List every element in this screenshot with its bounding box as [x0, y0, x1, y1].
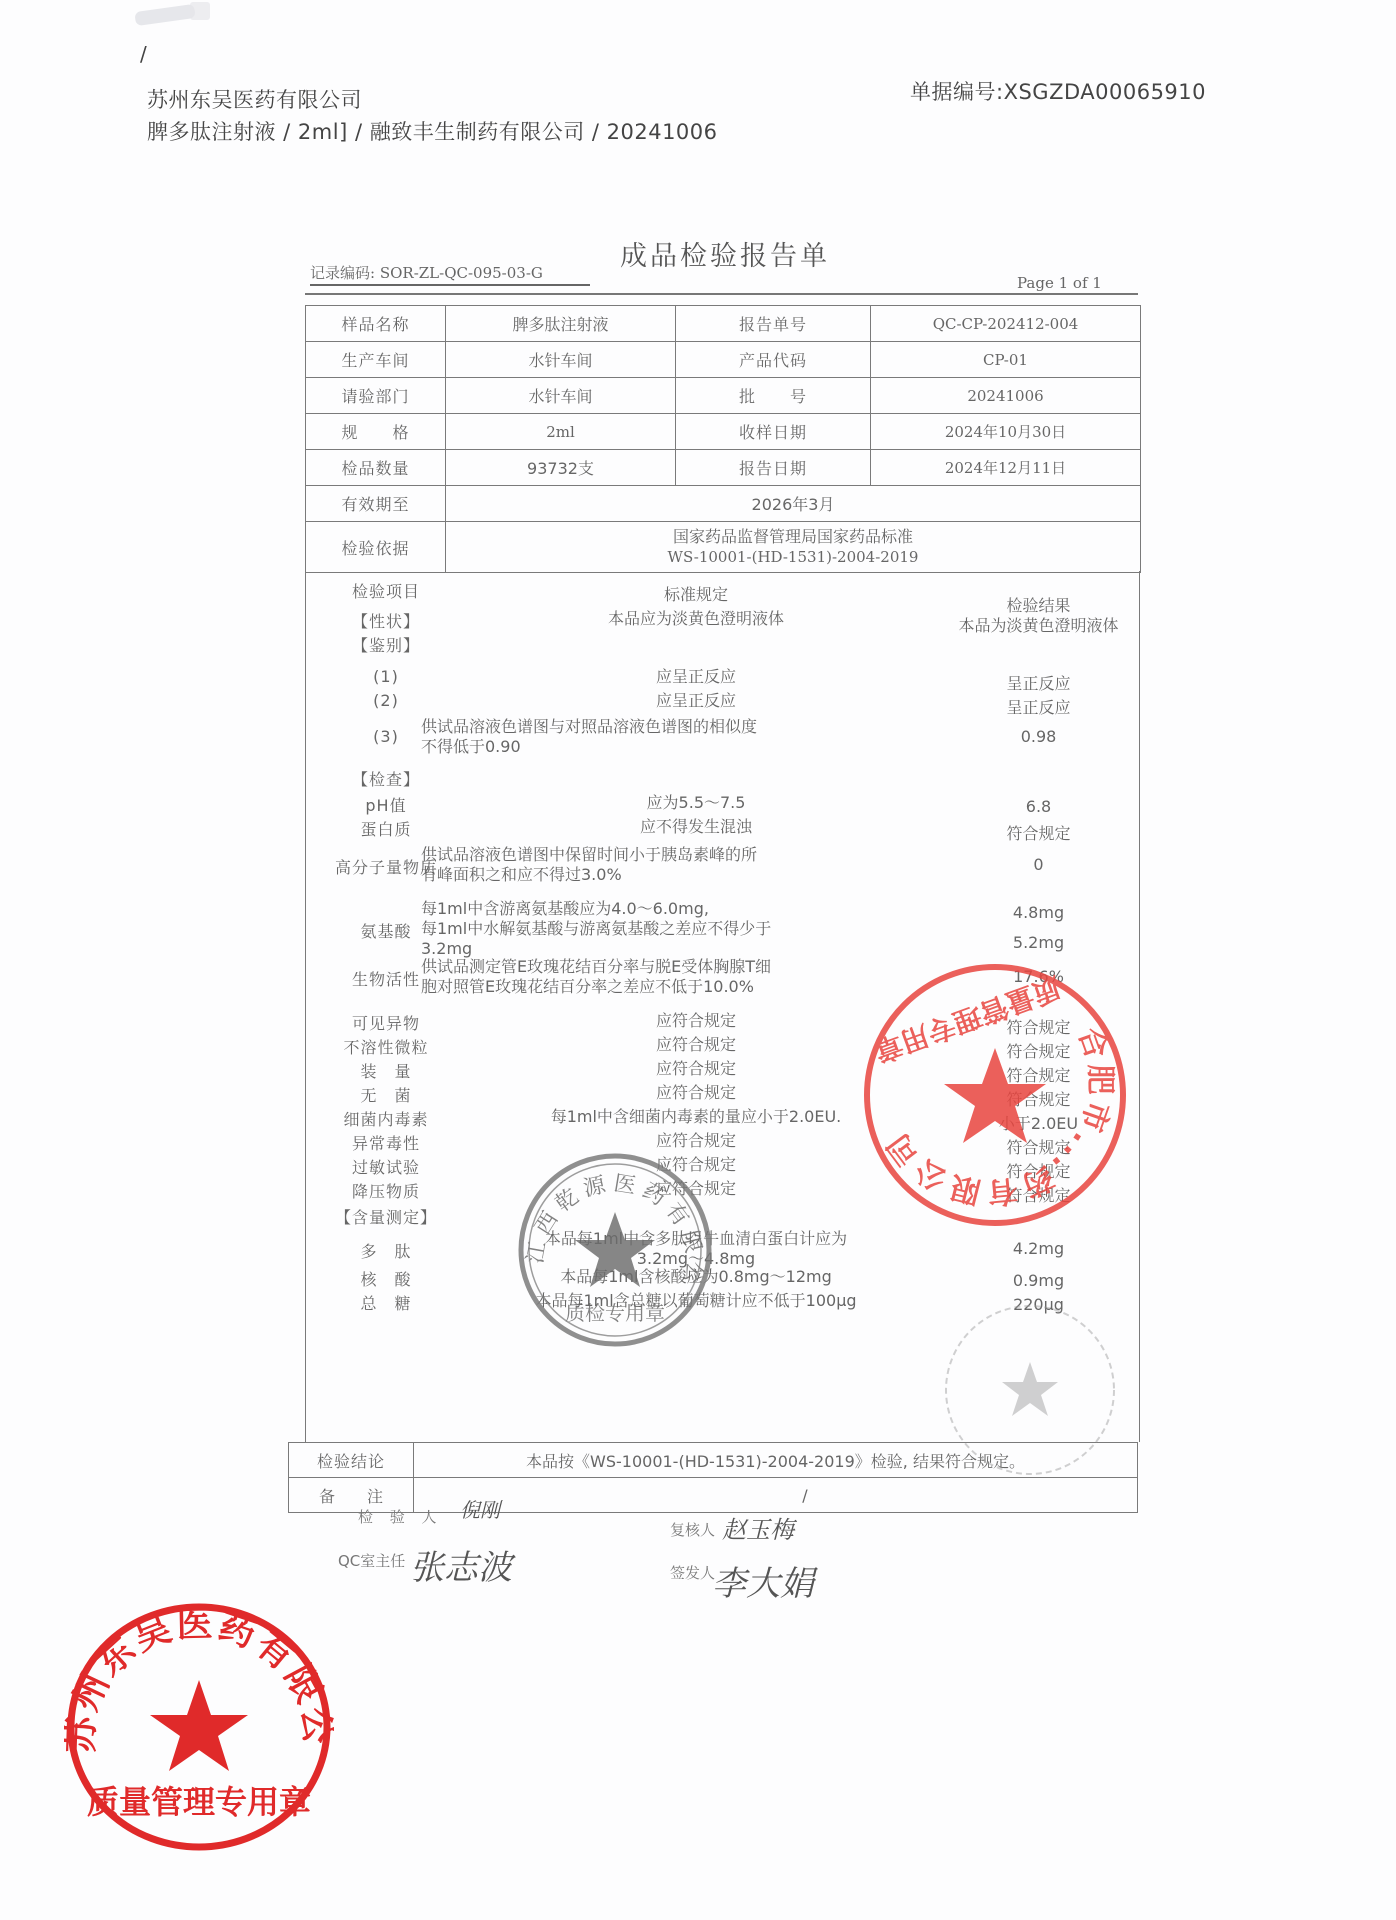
basis-line-2: WS-10001-(HD-1531)-2004-2019 [450, 547, 1136, 567]
expiry-row: 有效期至 2026年3月 [306, 486, 1141, 522]
info-value: 脾多肽注射液 [446, 306, 676, 342]
test-standard: 应呈正反应 [466, 691, 926, 711]
info-value: 2024年12月11日 [871, 450, 1141, 486]
test-item: 核 酸 [306, 1267, 466, 1290]
test-item: (1) [306, 667, 466, 686]
basis-row: 检验依据 国家药品监督管理局国家药品标准 WS-10001-(HD-1531)-… [306, 522, 1141, 573]
test-result-secondary: 5.2mg [936, 933, 1141, 952]
info-label: 请验部门 [306, 378, 446, 414]
info-label: 收样日期 [676, 414, 871, 450]
slash-mark: / [140, 42, 147, 66]
gray-qc-stamp: 江西乾源医药有限公司 质检专用章 [515, 1150, 715, 1350]
test-item: 不溶性微粒 [306, 1035, 466, 1058]
basis-value: 国家药品监督管理局国家药品标准 WS-10001-(HD-1531)-2004-… [446, 522, 1141, 573]
test-standard: 每1ml中含细菌内毒素的量应小于2.0EU. [466, 1107, 926, 1127]
doc-number-label: 单据编号: [910, 80, 1004, 104]
test-result: 4.2mg [936, 1239, 1141, 1258]
approver-label: 签发人 [670, 1562, 715, 1583]
faint-gray-stamp [940, 1300, 1120, 1480]
info-label: 报告日期 [676, 450, 871, 486]
info-row: 检品数量93732支报告日期2024年12月11日 [306, 450, 1141, 486]
test-standard: 应符合规定 [466, 1083, 926, 1103]
test-standard: 本品应为淡黄色澄明液体 [466, 609, 926, 629]
gray-stamp-bottom-text: 质检专用章 [565, 1301, 665, 1325]
info-value: 水针车间 [446, 378, 676, 414]
doc-number-value: XSGZDA00065910 [1004, 80, 1206, 104]
test-item: 【检查】 [306, 767, 466, 790]
info-value: 2ml [446, 414, 676, 450]
info-label: 报告单号 [676, 306, 871, 342]
test-standard: 供试品测定管E玫瑰花结百分率与脱E受体胸腺T细 胞对照管E玫瑰花结百分率之差应不… [421, 957, 881, 997]
test-item: 异常毒性 [306, 1131, 466, 1154]
info-value: 93732支 [446, 450, 676, 486]
info-value: 20241006 [871, 378, 1141, 414]
test-item: 过敏试验 [306, 1155, 466, 1178]
info-value: 水针车间 [446, 342, 676, 378]
test-standard: 应符合规定 [466, 1131, 926, 1151]
test-result: 6.8 [936, 797, 1141, 816]
report-title: 成品检验报告单 [620, 234, 830, 273]
inspector-signature: 倪刚 [460, 1494, 500, 1523]
expiry-label: 有效期至 [306, 486, 446, 522]
test-standard: 应符合规定 [466, 1011, 926, 1031]
info-label: 规 格 [306, 414, 446, 450]
test-item: pH值 [306, 793, 466, 816]
info-value: QC-CP-202412-004 [871, 306, 1141, 342]
info-value: 2024年10月30日 [871, 414, 1141, 450]
test-item: 总 糖 [306, 1291, 466, 1314]
info-row: 生产车间水针车间产品代码CP-01 [306, 342, 1141, 378]
test-item: 【性状】 [306, 609, 466, 632]
inspector-label: 检 验 人 [358, 1506, 443, 1527]
test-item: 装 量 [306, 1059, 466, 1082]
test-standard: 每1ml中含游离氨基酸应为4.0～6.0mg, 每1ml中水解氨基酸与游离氨基酸… [421, 899, 881, 959]
test-standard: 供试品溶液色谱图中保留时间小于胰岛素峰的所 有峰面积之和应不得过3.0% [421, 845, 881, 885]
red-stamp-bottom-text: 质量管理专用章 [870, 970, 1065, 1068]
test-result: 呈正反应 [936, 695, 1141, 718]
divider [305, 293, 1138, 295]
col-header-item: 检验项目 [306, 579, 466, 602]
test-result: 本品为淡黄色澄明液体 [936, 613, 1141, 636]
test-result: 0.98 [936, 727, 1141, 746]
test-standard: 供试品溶液色谱图与对照品溶液色谱图的相似度 不得低于0.90 [421, 717, 881, 757]
test-result: 呈正反应 [936, 671, 1141, 694]
qc-director-signature: 张志波 [410, 1540, 512, 1589]
reviewer-label: 复核人 [670, 1519, 715, 1540]
test-result: 4.8mg [936, 903, 1141, 922]
test-standard: 应符合规定 [466, 1035, 926, 1055]
test-standard: 应符合规定 [466, 1059, 926, 1079]
test-item: 多 肽 [306, 1239, 466, 1262]
page-number: Page 1 of 1 [1017, 274, 1102, 292]
test-item: 【鉴别】 [306, 633, 466, 656]
info-label: 产品代码 [676, 342, 871, 378]
test-item: 【含量测定】 [306, 1205, 466, 1228]
info-row: 请验部门水针车间批 号20241006 [306, 378, 1141, 414]
expiry-value: 2026年3月 [446, 486, 1141, 522]
test-item: (2) [306, 691, 466, 710]
test-standard: 应为5.5～7.5 [466, 793, 926, 813]
red-stamp-right: 合肥市...药有限公司 质量管理专用章 [860, 960, 1130, 1230]
approver-signature: 李大娟 [712, 1556, 814, 1605]
test-item: 细菌内毒素 [306, 1107, 466, 1130]
scan-artifact [134, 4, 195, 26]
test-result: 符合规定 [936, 821, 1141, 844]
qc-director-label: QC室主任 [338, 1550, 405, 1571]
test-item: 无 菌 [306, 1083, 466, 1106]
info-label: 生产车间 [306, 342, 446, 378]
test-result: 0.9mg [936, 1271, 1141, 1290]
doc-number: 单据编号:XSGZDA00065910 [910, 76, 1206, 106]
bl-stamp-bottom-text: 质量管理专用章 [87, 1783, 311, 1821]
test-item: 蛋白质 [306, 817, 466, 840]
conclusion-label: 检验结论 [289, 1443, 414, 1478]
test-result: 0 [936, 855, 1141, 874]
col-header-standard: 标准规定 [466, 585, 926, 605]
record-code: 记录编码: SOR-ZL-QC-095-03-G [310, 262, 590, 286]
info-label: 样品名称 [306, 306, 446, 342]
company-name: 苏州东吴医药有限公司 [147, 84, 362, 114]
info-label: 检品数量 [306, 450, 446, 486]
scan-artifact [190, 2, 210, 20]
test-standard: 应不得发生混浊 [466, 817, 926, 837]
info-row: 规 格2ml收样日期2024年10月30日 [306, 414, 1141, 450]
basis-line-1: 国家药品监督管理局国家药品标准 [450, 527, 1136, 547]
test-item: 可见异物 [306, 1011, 466, 1034]
product-line: 脾多肽注射液 / 2ml] / 融致丰生制药有限公司 / 20241006 [147, 116, 718, 146]
remarks-value: / [414, 1478, 1138, 1513]
red-stamp-bottom-left: 苏州东吴医药有限公司 质量管理专用章 [64, 1600, 334, 1855]
test-standard: 应呈正反应 [466, 667, 926, 687]
info-table: 样品名称脾多肽注射液报告单号QC-CP-202412-004生产车间水针车间产品… [305, 305, 1141, 573]
info-row: 样品名称脾多肽注射液报告单号QC-CP-202412-004 [306, 306, 1141, 342]
info-value: CP-01 [871, 342, 1141, 378]
info-label: 批 号 [676, 378, 871, 414]
test-item: 降压物质 [306, 1179, 466, 1202]
reviewer-signature: 赵玉梅 [722, 1510, 794, 1545]
basis-label: 检验依据 [306, 522, 446, 573]
